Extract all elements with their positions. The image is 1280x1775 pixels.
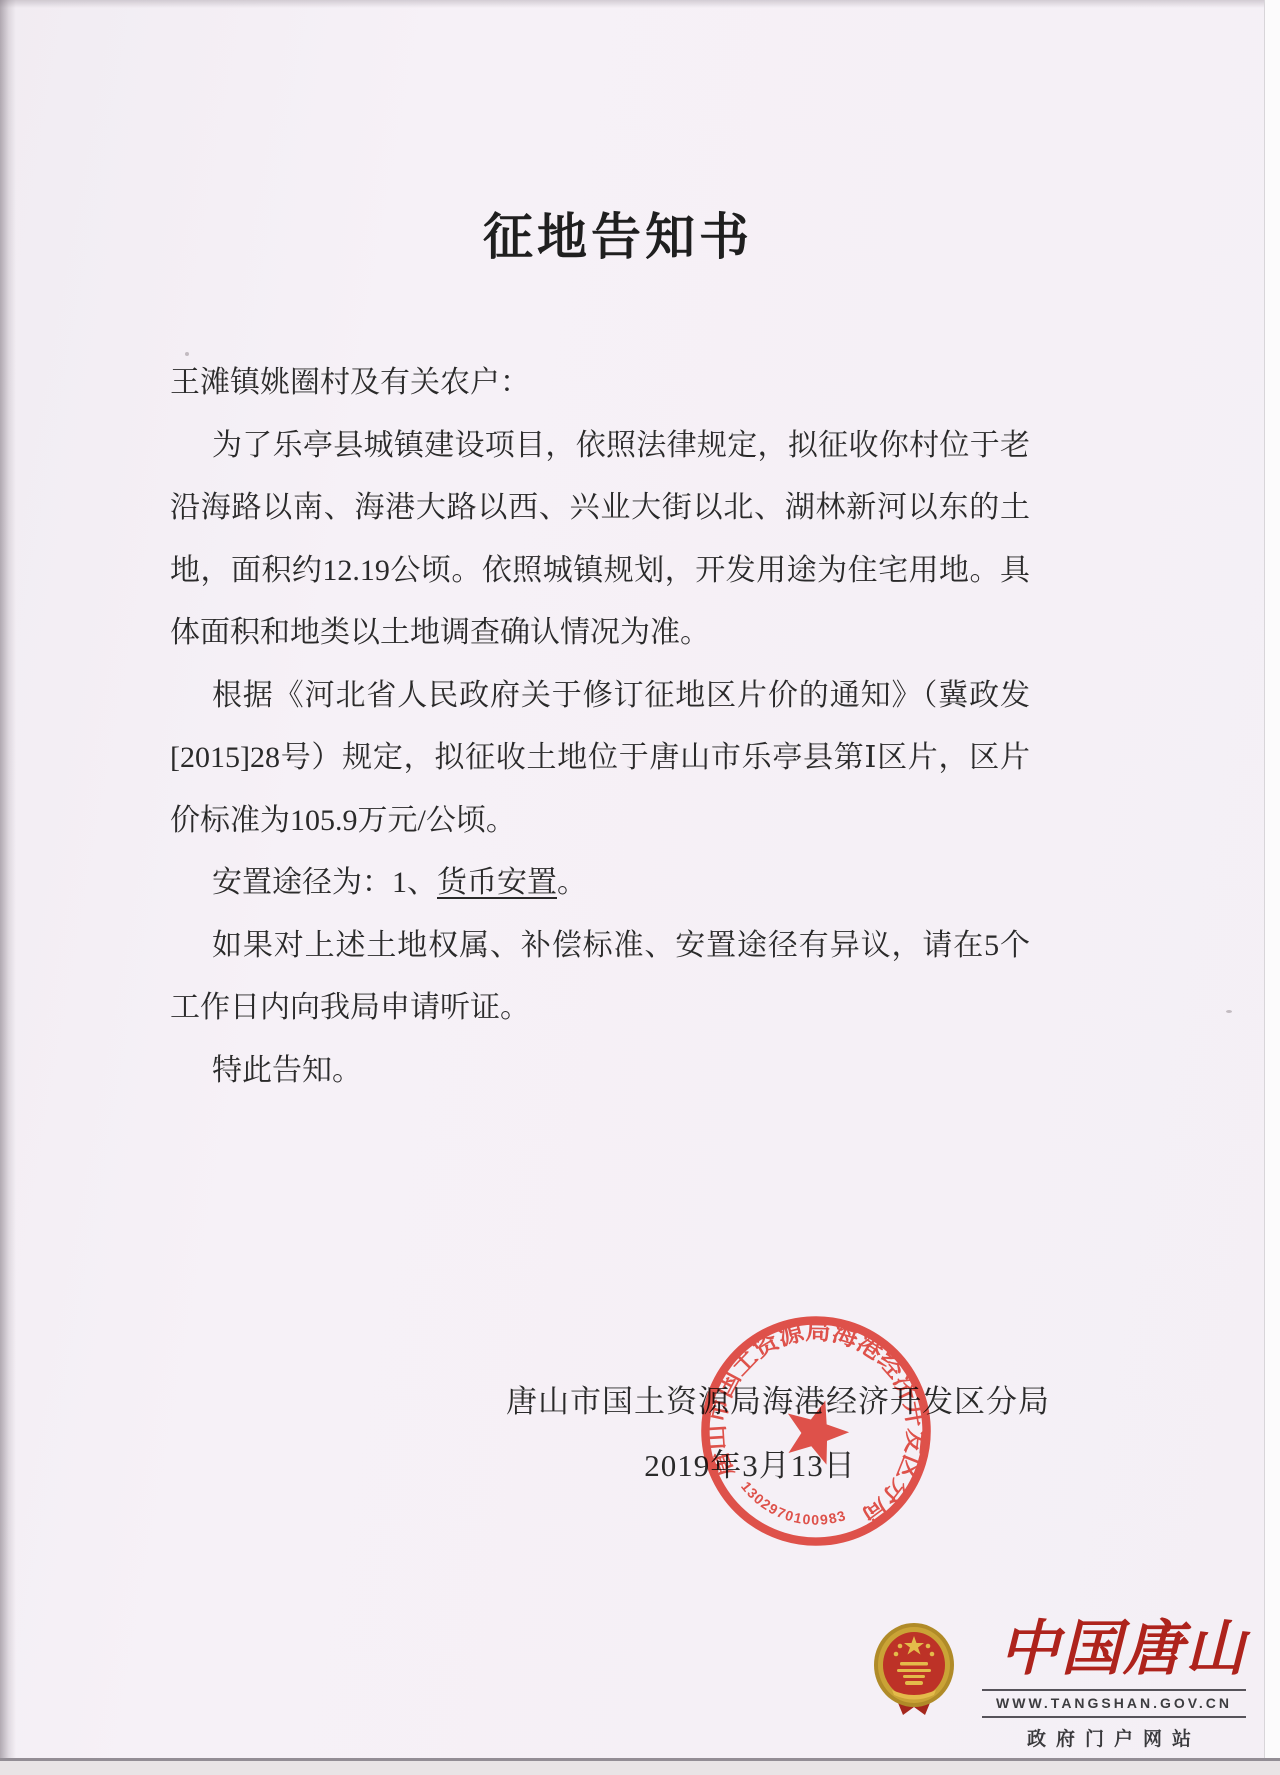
seal-serial-number: 1302970100983 [733,1476,853,1541]
national-emblem-icon [872,1620,956,1716]
site-brand-calligraphy: 中国唐山 [998,1616,1248,1682]
paragraph-3-prefix: 安置途径为：1、 [212,866,437,899]
paragraph-5: 特此告知。 [170,1040,1030,1103]
logo-divider-bottom [982,1716,1246,1718]
scan-speck [1226,1010,1232,1013]
svg-text:1302970100983: 1302970100983 [733,1476,853,1541]
scan-edge-left-shadow [0,0,16,1775]
site-url: WWW.TANGSHAN.GOV.CN [978,1695,1250,1711]
seal-star-icon [777,1391,856,1468]
scan-edge-right-strip [1264,0,1280,1775]
paragraph-1: 为了乐亭县城镇建设项目，依照法律规定，拟征收你村位于老沿海路以南、海港大路以西、… [170,415,1030,665]
paragraph-3: 安置途径为：1、货币安置。 [170,852,1030,915]
scan-speck [185,352,189,356]
paragraph-4: 如果对上述土地权属、补偿标准、安置途径有异议，请在5个工作日内向我局申请听证。 [170,915,1030,1040]
paragraph-2: 根据《河北省人民政府关于修订征地区片价的通知》（冀政发[2015]28号）规定，… [170,665,1030,853]
underlined-resettlement-method: 货币安置 [437,866,557,899]
salutation: 王滩镇姚圈村及有关农户： [170,352,1030,415]
logo-divider-top [982,1689,1246,1691]
document-body: 王滩镇姚圈村及有关农户： 为了乐亭县城镇建设项目，依照法律规定，拟征收你村位于老… [170,352,1030,1102]
scanned-document-page: 征地告知书 王滩镇姚圈村及有关农户： 为了乐亭县城镇建设项目，依照法律规定，拟征… [0,0,1280,1775]
document-title: 征地告知书 [0,210,1236,265]
official-seal: 唐山市国土资源局海港经济开发区分局 1302970100983 [667,1282,964,1579]
site-tagline: 政府门户网站 [982,1724,1246,1751]
paragraph-3-suffix: 。 [557,866,587,899]
scan-edge-top-shadow [0,0,1280,8]
scan-edge-bottom-strip [0,1761,1280,1775]
